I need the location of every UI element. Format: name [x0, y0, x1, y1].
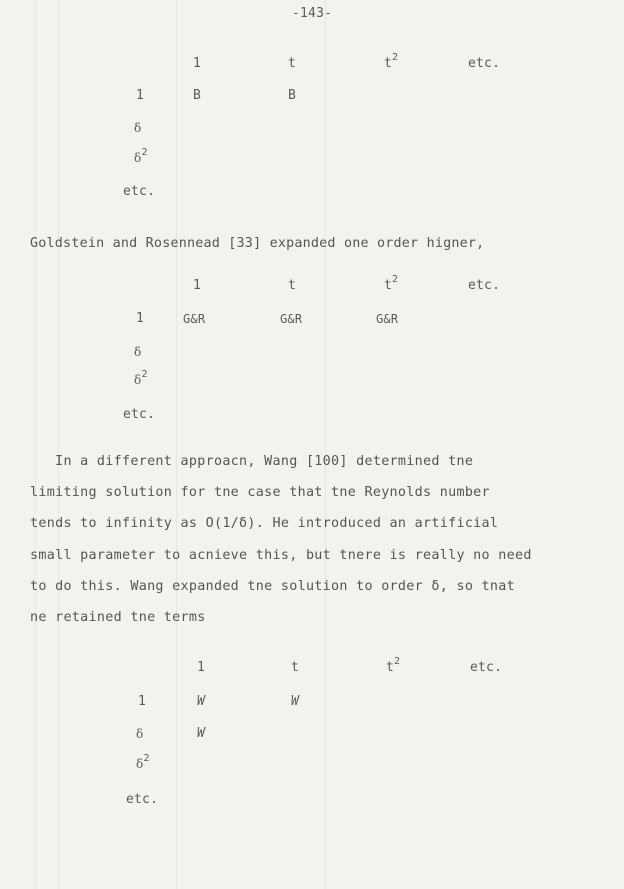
- scan-line: [176, 0, 177, 889]
- text-line: tends to infinity as O(1/δ). He introduc…: [30, 508, 498, 539]
- row-label-delta2: δ2: [136, 756, 150, 773]
- table-cell: B: [193, 88, 201, 104]
- col-header-etc: etc.: [468, 56, 500, 72]
- col-header-etc: etc.: [468, 278, 500, 294]
- row-label-1: 1: [138, 694, 146, 710]
- row-label-1: 1: [136, 88, 144, 104]
- col-header-t: t: [288, 278, 296, 294]
- col-header-1: 1: [197, 660, 205, 676]
- scan-line: [35, 0, 36, 889]
- row-label-delta2: δ2: [134, 372, 148, 389]
- col-header-t: t: [291, 660, 299, 676]
- table-cell: W: [197, 726, 205, 742]
- table-cell: W: [197, 694, 205, 710]
- page-number: -143-: [292, 6, 332, 22]
- sentence-goldstein: Goldstein and Rosennead [33] expanded on…: [30, 236, 484, 252]
- text-line: limiting solution for tne case that tne …: [30, 477, 490, 508]
- table-cell: G&R: [376, 311, 398, 327]
- row-label-etc: etc.: [123, 184, 155, 200]
- col-header-1: 1: [193, 56, 201, 72]
- col-header-t: t: [288, 56, 296, 72]
- text-line: ne retained tne terms: [30, 602, 206, 633]
- col-header-t2: t2: [386, 660, 400, 676]
- row-label-delta: δ: [134, 344, 141, 360]
- row-label-etc: etc.: [123, 407, 155, 423]
- row-label-delta2: δ2: [134, 150, 148, 167]
- text-line: small parameter to acnieve this, but tne…: [30, 540, 532, 571]
- scan-line: [58, 0, 59, 889]
- row-label-delta: δ: [134, 120, 141, 136]
- row-label-etc: etc.: [126, 792, 158, 808]
- table-cell: G&R: [183, 311, 205, 327]
- table-cell: B: [288, 88, 296, 104]
- scan-line: [325, 0, 326, 889]
- col-header-1: 1: [193, 278, 201, 294]
- col-header-t2: t2: [384, 278, 398, 294]
- row-label-1: 1: [136, 311, 144, 327]
- text-line: to do this. Wang expanded tne solution t…: [30, 571, 515, 602]
- table-cell: G&R: [280, 311, 302, 327]
- text-line: In a different approacn, Wang [100] dete…: [30, 446, 473, 477]
- col-header-t2: t2: [384, 56, 398, 72]
- row-label-delta: δ: [136, 726, 143, 742]
- col-header-etc: etc.: [470, 660, 502, 676]
- table-cell: W: [291, 694, 299, 710]
